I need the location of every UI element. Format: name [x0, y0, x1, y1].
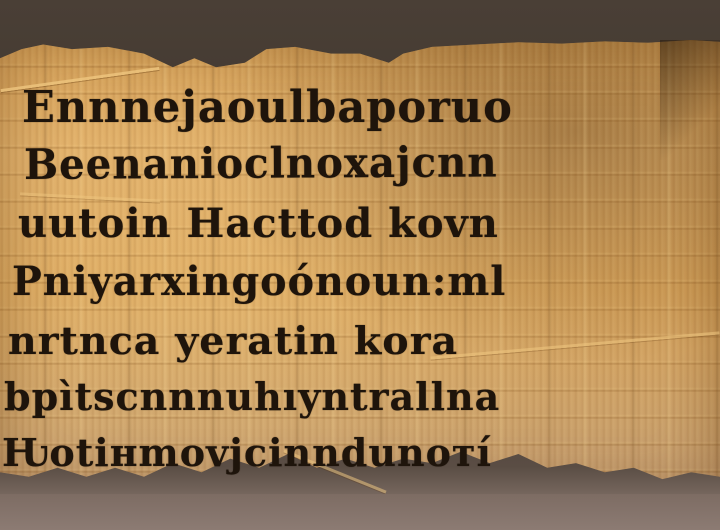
text-line-6: bpìtscnnnuhıyntrallna: [4, 374, 500, 419]
text-line-5: nrtnca yeratin kora: [8, 318, 458, 363]
text-line-2: Beenanioclnoxajcnn: [24, 137, 498, 189]
fold-shadow: [660, 40, 720, 160]
text-line-3: uutoin Hacttod kovn: [18, 200, 499, 247]
text-line-4: Pniyarxingoónoun:ml: [12, 258, 506, 305]
display-surface: [0, 494, 720, 530]
text-line-1: Ennnejaoulbaporuo: [22, 82, 513, 133]
text-line-7: Ƕotiнmovjcinndunoтí: [2, 430, 492, 475]
photo-scene: Ennnejaoulbaporuo Beenanioclnoxajcnn uut…: [0, 0, 720, 530]
